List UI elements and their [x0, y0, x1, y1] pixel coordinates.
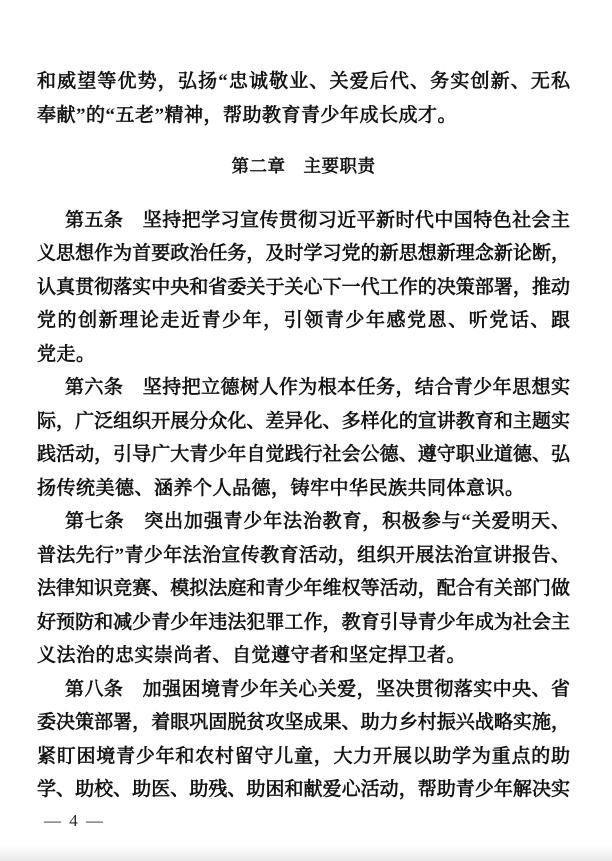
article-8-line: 学、助校、助医、助残、助困和献爱心活动，帮助青少年解决实 — [37, 773, 570, 807]
document-page: 和威望等优势，弘扬“忠诚敬业、关爱后代、务实创新、无私 奉献”的“五老”精神，帮… — [0, 0, 612, 861]
article-6-line: 践活动，引导广大青少年自觉践行社会公德、遵守职业道德、弘 — [37, 438, 570, 472]
chapter-heading: 第二章 主要职责 — [37, 150, 570, 184]
article-5-line: 义思想作为首要政治任务，及时学习党的新思想新理念新论断， — [37, 237, 570, 271]
article-6-line: 扬传统美德、涵养个人品德，铸牢中华民族共同体意识。 — [37, 472, 570, 506]
article-8-line: 委决策部署，着眼巩固脱贫攻坚成果、助力乡村振兴战略实施， — [37, 706, 570, 740]
article-7-line: 好预防和减少青少年违法犯罪工作，教育引导青少年成为社会主 — [37, 606, 570, 640]
article-8-line: 紧盯困境青少年和农村留守儿童，大力开展以助学为重点的助 — [37, 740, 570, 774]
body-line: 奉献”的“五老”精神，帮助教育青少年成长成才。 — [37, 99, 570, 133]
article-5-line: 党的创新理论走近青少年，引领青少年感党恩、听党话、跟 — [37, 304, 570, 338]
article-7-line: 第七条 突出加强青少年法治教育，积极参与“关爱明天、 — [37, 505, 570, 539]
article-8-line: 第八条 加强困境青少年关心关爱，坚决贯彻落实中央、省 — [37, 673, 570, 707]
article-7-line: 义法治的忠实崇尚者、自觉遵守者和坚定捍卫者。 — [37, 639, 570, 673]
article-7-line: 普法先行”青少年法治宣传教育活动，组织开展法治宣讲报告、 — [37, 539, 570, 573]
article-5-line: 第五条 坚持把学习宣传贯彻习近平新时代中国特色社会主 — [37, 204, 570, 238]
article-6-line: 第六条 坚持把立德树人作为根本任务，结合青少年思想实 — [37, 371, 570, 405]
article-5-line: 党走。 — [37, 338, 570, 372]
page-number: — 4 — — [44, 811, 570, 831]
article-5-line: 认真贯彻落实中央和省委关于关心下一代工作的决策部署，推动 — [37, 271, 570, 305]
article-6-line: 际，广泛组织开展分众化、差异化、多样化的宣讲教育和主题实 — [37, 405, 570, 439]
article-7-line: 法律知识竞赛、模拟法庭和青少年维权等活动，配合有关部门做 — [37, 572, 570, 606]
body-line: 和威望等优势，弘扬“忠诚敬业、关爱后代、务实创新、无私 — [37, 65, 570, 99]
